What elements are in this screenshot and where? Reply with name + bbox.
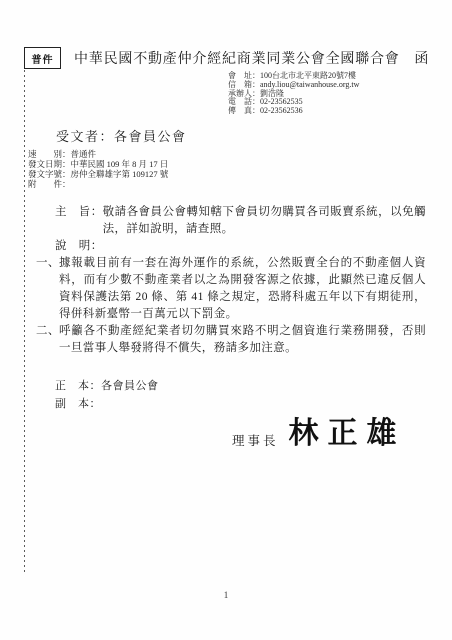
official-letter-page: 普件 中華民國不動產仲介經紀商業同業公會全國聯合會 函 會 址： 100台北市北… <box>0 0 452 640</box>
meta-date-value: 中華民國 109 年 8 月 17 日 <box>71 159 169 169</box>
fax-value: 02-23562536 <box>260 107 303 116</box>
original-copy-value: 各會員公會 <box>101 378 159 396</box>
meta-priority-value: 普通件 <box>71 149 97 159</box>
explanation-item-1-text: 據報載目前有一套在海外運作的系統，公然販賣全台的不動產個人資料，而有少數不動產業… <box>59 255 426 323</box>
recipient-value: 各會員公會 <box>114 129 187 144</box>
classification-stamp-label: 普件 <box>32 51 54 66</box>
explanation-item-2: 二、 呼籲各不動產經紀業者切勿購買來路不明之個資進行業務開發，否則一旦當事人舉發… <box>36 323 426 357</box>
explanation-label: 說 明： <box>55 238 426 255</box>
meta-refno-value: 房仲全聯雄字第 109127 號 <box>71 169 169 179</box>
explanation-item-1: 一、 據報載目前有一套在海外運作的系統，公然販賣全台的不動產個人資料，而有少數不… <box>36 255 426 323</box>
classification-stamp: 普件 <box>24 47 61 69</box>
recipient-label: 受文者： <box>56 129 114 144</box>
document-meta-block: 速 別： 普通件 發文日期： 中華民國 109 年 8 月 17 日 發文字號：… <box>28 149 168 189</box>
distribution-block: 正 本： 各會員公會 副 本： <box>55 378 159 413</box>
signer-name: 林正雄 <box>289 408 406 452</box>
fax-label: 傳 真： <box>228 107 260 116</box>
explanation-item-1-number: 一、 <box>36 255 59 323</box>
signer-title: 理事長 <box>232 431 279 452</box>
left-dotted-fold-line <box>24 70 25 575</box>
subject-label: 主 旨： <box>55 204 103 238</box>
meta-date-label: 發文日期： <box>28 159 71 169</box>
signature-block: 理事長 林正雄 <box>232 408 406 452</box>
meta-attachment-row: 附 件： <box>28 179 168 189</box>
subject-row: 主 旨： 敬請各會員公會轉知轄下會員切勿購買各司販賣系統，以免觸法，詳如說明，請… <box>55 204 426 238</box>
duplicate-copy-label: 副 本： <box>55 396 101 414</box>
explanation-item-2-number: 二、 <box>36 323 59 357</box>
subject-text: 敬請各會員公會轉知轄下會員切勿購買各司販賣系統，以免觸法，詳如說明，請查照。 <box>103 204 426 238</box>
meta-refno-row: 發文字號： 房仲全聯雄字第 109127 號 <box>28 169 168 179</box>
document-title: 中華民國不動產仲介經紀商業同業公會全國聯合會 函 <box>74 48 429 68</box>
original-copy-row: 正 本： 各會員公會 <box>55 378 159 396</box>
contact-info-block: 會 址： 100台北市北平東路20號7樓 信 箱： andy.liou@taiw… <box>228 72 359 116</box>
letter-body: 主 旨： 敬請各會員公會轉知轄下會員切勿購買各司販賣系統，以免觸法，詳如說明，請… <box>36 204 426 357</box>
original-copy-label: 正 本： <box>55 378 101 396</box>
recipient-line: 受文者：各會員公會 <box>56 126 187 145</box>
meta-priority-label: 速 別： <box>28 149 71 159</box>
meta-refno-label: 發文字號： <box>28 169 71 179</box>
explanation-item-2-text: 呼籲各不動產經紀業者切勿購買來路不明之個資進行業務開發，否則一旦當事人舉發將得不… <box>59 323 426 357</box>
duplicate-copy-row: 副 本： <box>55 396 159 414</box>
meta-attachment-label: 附 件： <box>28 179 71 189</box>
page-number: 1 <box>0 590 452 600</box>
contact-fax-row: 傳 真： 02-23562536 <box>228 107 359 116</box>
meta-priority-row: 速 別： 普通件 <box>28 149 168 159</box>
meta-date-row: 發文日期： 中華民國 109 年 8 月 17 日 <box>28 159 168 169</box>
